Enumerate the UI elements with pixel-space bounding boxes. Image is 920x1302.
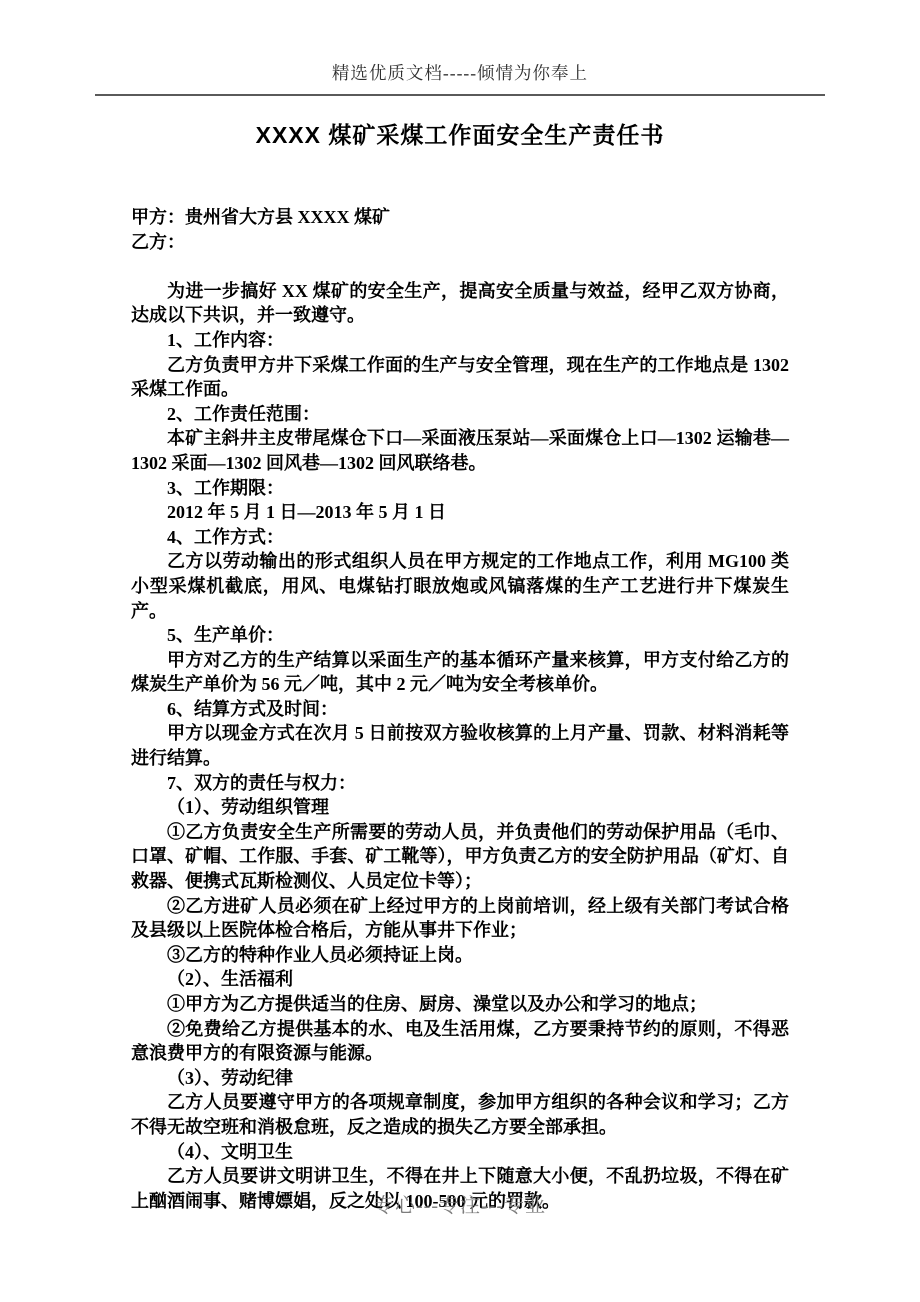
document-body: 甲方：贵州省大方县 XXXX 煤矿乙方：为进一步搞好 XX 煤矿的安全生产，提高… (131, 205, 789, 1213)
paragraph: 甲方对乙方的生产结算以采面生产的基本循环产量来核算，甲方支付给乙方的煤炭生产单价… (131, 648, 789, 697)
paragraph: ②乙方进矿人员必须在矿上经过甲方的上岗前培训，经上级有关部门考试合格及县级以上医… (131, 894, 789, 943)
paragraph: 2、工作责任范围： (131, 402, 789, 427)
document-title: XXXX 煤矿采煤工作面安全生产责任书 (0, 118, 920, 152)
blank-line (131, 254, 789, 279)
paragraph: 4、工作方式： (131, 525, 789, 550)
header-slogan: 精选优质文档-----倾情为你奉上 (0, 0, 920, 86)
paragraph: ①乙方负责安全生产所需要的劳动人员，并负责他们的劳动保护用品（毛巾、口罩、矿帽、… (131, 820, 789, 894)
paragraph: 本矿主斜井主皮带尾煤仓下口—采面液压泵站—采面煤仓上口—1302 运输巷—130… (131, 426, 789, 475)
paragraph: 乙方人员要遵守甲方的各项规章制度，参加甲方组织的各种会议和学习；乙方不得无故空班… (131, 1090, 789, 1139)
paragraph: 5、生产单价： (131, 623, 789, 648)
paragraph: 7、双方的责任与权力： (131, 771, 789, 796)
paragraph: 3、工作期限： (131, 476, 789, 501)
paragraph: （3）、劳动纪律 (131, 1066, 789, 1091)
paragraph: ②免费给乙方提供基本的水、电及生活用煤，乙方要秉持节约的原则，不得恶意浪费甲方的… (131, 1017, 789, 1066)
paragraph: 甲方：贵州省大方县 XXXX 煤矿 (131, 205, 789, 230)
paragraph: 1、工作内容： (131, 328, 789, 353)
paragraph: 2012 年 5 月 1 日—2013 年 5 月 1 日 (131, 500, 789, 525)
paragraph: ①甲方为乙方提供适当的住房、厨房、澡堂以及办公和学习的地点； (131, 992, 789, 1017)
paragraph: （4）、文明卫生 (131, 1140, 789, 1165)
paragraph: 乙方以劳动输出的形式组织人员在甲方规定的工作地点工作，利用 MG100 类小型采… (131, 549, 789, 623)
header-divider (95, 94, 825, 96)
document-page: 精选优质文档-----倾情为你奉上 XXXX 煤矿采煤工作面安全生产责任书 甲方… (0, 0, 920, 1302)
paragraph: ③乙方的特种作业人员必须持证上岗。 (131, 943, 789, 968)
paragraph: 甲方以现金方式在次月 5 日前按双方验收核算的上月产量、罚款、材料消耗等进行结算… (131, 721, 789, 770)
paragraph: （1）、劳动组织管理 (131, 795, 789, 820)
paragraph: （2）、生活福利 (131, 967, 789, 992)
footer-slogan: 专心---专注---专业 (0, 1192, 920, 1220)
paragraph: 为进一步搞好 XX 煤矿的安全生产，提高安全质量与效益，经甲乙双方协商，达成以下… (131, 279, 789, 328)
paragraph: 乙方负责甲方井下采煤工作面的生产与安全管理，现在生产的工作地点是 1302 采煤… (131, 353, 789, 402)
paragraph: 乙方： (131, 230, 789, 255)
paragraph: 6、结算方式及时间： (131, 697, 789, 722)
